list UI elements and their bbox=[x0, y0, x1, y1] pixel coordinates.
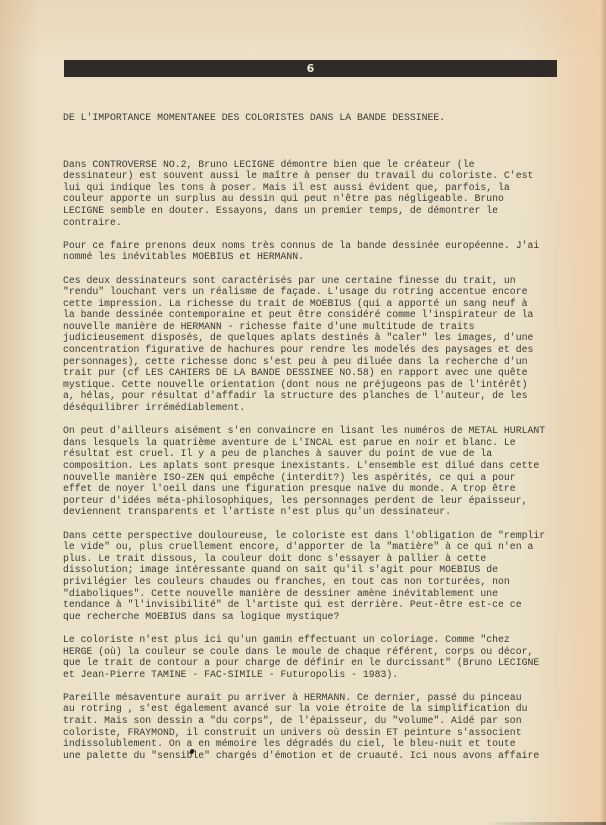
text-line: trait. Mais son dessin a "du corps", de … bbox=[63, 715, 563, 727]
paragraph: Pareille mésaventure aurait pu arriver à… bbox=[63, 692, 563, 762]
text-line: le vide" ou, plus cruellement encore, d'… bbox=[63, 541, 563, 553]
text-line: privilégier les couleurs chaudes ou fran… bbox=[63, 576, 563, 588]
text-line: au rotring , s'est également avancé sur … bbox=[63, 703, 563, 715]
article-title: DE L'IMPORTANCE MOMENTANEE DES COLORISTE… bbox=[63, 112, 563, 124]
paragraph: Ces deux dessinateurs sont caractérisés … bbox=[63, 275, 563, 414]
article-body: DE L'IMPORTANCE MOMENTANEE DES COLORISTE… bbox=[63, 89, 563, 785]
text-line: lui qui indique les tons à poser. Mais i… bbox=[63, 182, 563, 194]
text-line: que recherche MOEBIUS dans sa logique my… bbox=[63, 611, 563, 623]
paragraph: Pour ce faire prenons deux noms très con… bbox=[63, 240, 563, 263]
paragraph: Dans cette perspective douloureuse, le c… bbox=[63, 530, 563, 623]
text-line: mystique. Cette nouvelle orientation (do… bbox=[63, 379, 563, 391]
text-line: LECIGNE semble en douter. Essayons, dans… bbox=[63, 205, 563, 217]
text-line: effet de noyer l'oeil dans une figuratio… bbox=[63, 483, 563, 495]
text-line: dissolution; image intéressante quand on… bbox=[63, 564, 563, 576]
text-line: tendance à "l'invisibilité" de l'artiste… bbox=[63, 599, 563, 611]
text-line: nouvelle manière de HERMANN - richesse f… bbox=[63, 321, 563, 333]
page-number: 6 bbox=[307, 62, 315, 75]
text-line: deviennent transparents et l'artiste n'e… bbox=[63, 506, 563, 518]
text-line: coloriste, FRAYMOND, il construit un uni… bbox=[63, 727, 563, 739]
text-line: plus. Le trait dissous, la couleur doit … bbox=[63, 553, 563, 565]
paragraph: Dans CONTROVERSE NO.2, Bruno LECIGNE dém… bbox=[63, 159, 563, 229]
text-line: la bande dessinée contemporaine et peut … bbox=[63, 309, 563, 321]
text-line: contraire. bbox=[63, 217, 563, 229]
page-number-bar: 6 bbox=[64, 60, 557, 77]
text-line: nouvelle manière ISO-ZEN qui empêche (in… bbox=[63, 472, 563, 484]
text-line: et Jean-Pierre TAMINE - FAC-SIMILE - Fut… bbox=[63, 669, 563, 681]
text-line: Pareille mésaventure aurait pu arriver à… bbox=[63, 692, 563, 704]
text-line: On peut d'ailleurs aisément s'en convain… bbox=[63, 425, 563, 437]
text-line: une palette du "sensible" chargés d'émot… bbox=[63, 750, 563, 762]
text-line: Pour ce faire prenons deux noms très con… bbox=[63, 240, 563, 252]
paragraph: Le coloriste n'est plus ici qu'un gamin … bbox=[63, 634, 563, 680]
text-line: Dans CONTROVERSE NO.2, Bruno LECIGNE dém… bbox=[63, 159, 563, 171]
text-line: Dans cette perspective douloureuse, le c… bbox=[63, 530, 563, 542]
text-line: a, hélas, pour résultat d'affadir la str… bbox=[63, 390, 563, 402]
text-line: "diaboliques". Cette nouvelle manière de… bbox=[63, 588, 563, 600]
text-line: indissolublement. On a en mémoire les dé… bbox=[63, 738, 563, 750]
paragraph: On peut d'ailleurs aisément s'en convain… bbox=[63, 425, 563, 518]
text-line: que le trait de contour a pour charge de… bbox=[63, 657, 563, 669]
text-line: Ces deux dessinateurs sont caractérisés … bbox=[63, 275, 563, 287]
text-line: nommé les inévitables MOEBIUS et HERMANN… bbox=[63, 251, 563, 263]
text-line: déséquilibrer irrémédiablement. bbox=[63, 402, 563, 414]
text-line: cette impression. La richesse du trait d… bbox=[63, 298, 563, 310]
text-line: trait pur (cf LES CAHIERS DE LA BANDE DE… bbox=[63, 367, 563, 379]
text-line: composition. Les aplats sont presque ine… bbox=[63, 460, 563, 472]
text-line: concentration figurative de hachures pou… bbox=[63, 344, 563, 356]
text-line: couleur apporte un surplus au dessin qui… bbox=[63, 193, 563, 205]
paragraphs: Dans CONTROVERSE NO.2, Bruno LECIGNE dém… bbox=[63, 159, 563, 762]
text-line: judicieusement disposés, de quelques apl… bbox=[63, 332, 563, 344]
text-line: résultat est cruel. Il y a peu de planch… bbox=[63, 448, 563, 460]
text-line: dessinateur) est souvent aussi le maître… bbox=[63, 170, 563, 182]
text-line: personnages), cette richesse donc s'est … bbox=[63, 356, 563, 368]
text-line: "rendu" louchant vers un réalisme de faç… bbox=[63, 286, 563, 298]
text-line: dans lesquels la quatrième aventure de L… bbox=[63, 437, 563, 449]
text-line: Le coloriste n'est plus ici qu'un gamin … bbox=[63, 634, 563, 646]
text-line: porteur d'idées méta-philosophiques, les… bbox=[63, 495, 563, 507]
text-line: HERGE (où) la couleur se coule dans le m… bbox=[63, 646, 563, 658]
